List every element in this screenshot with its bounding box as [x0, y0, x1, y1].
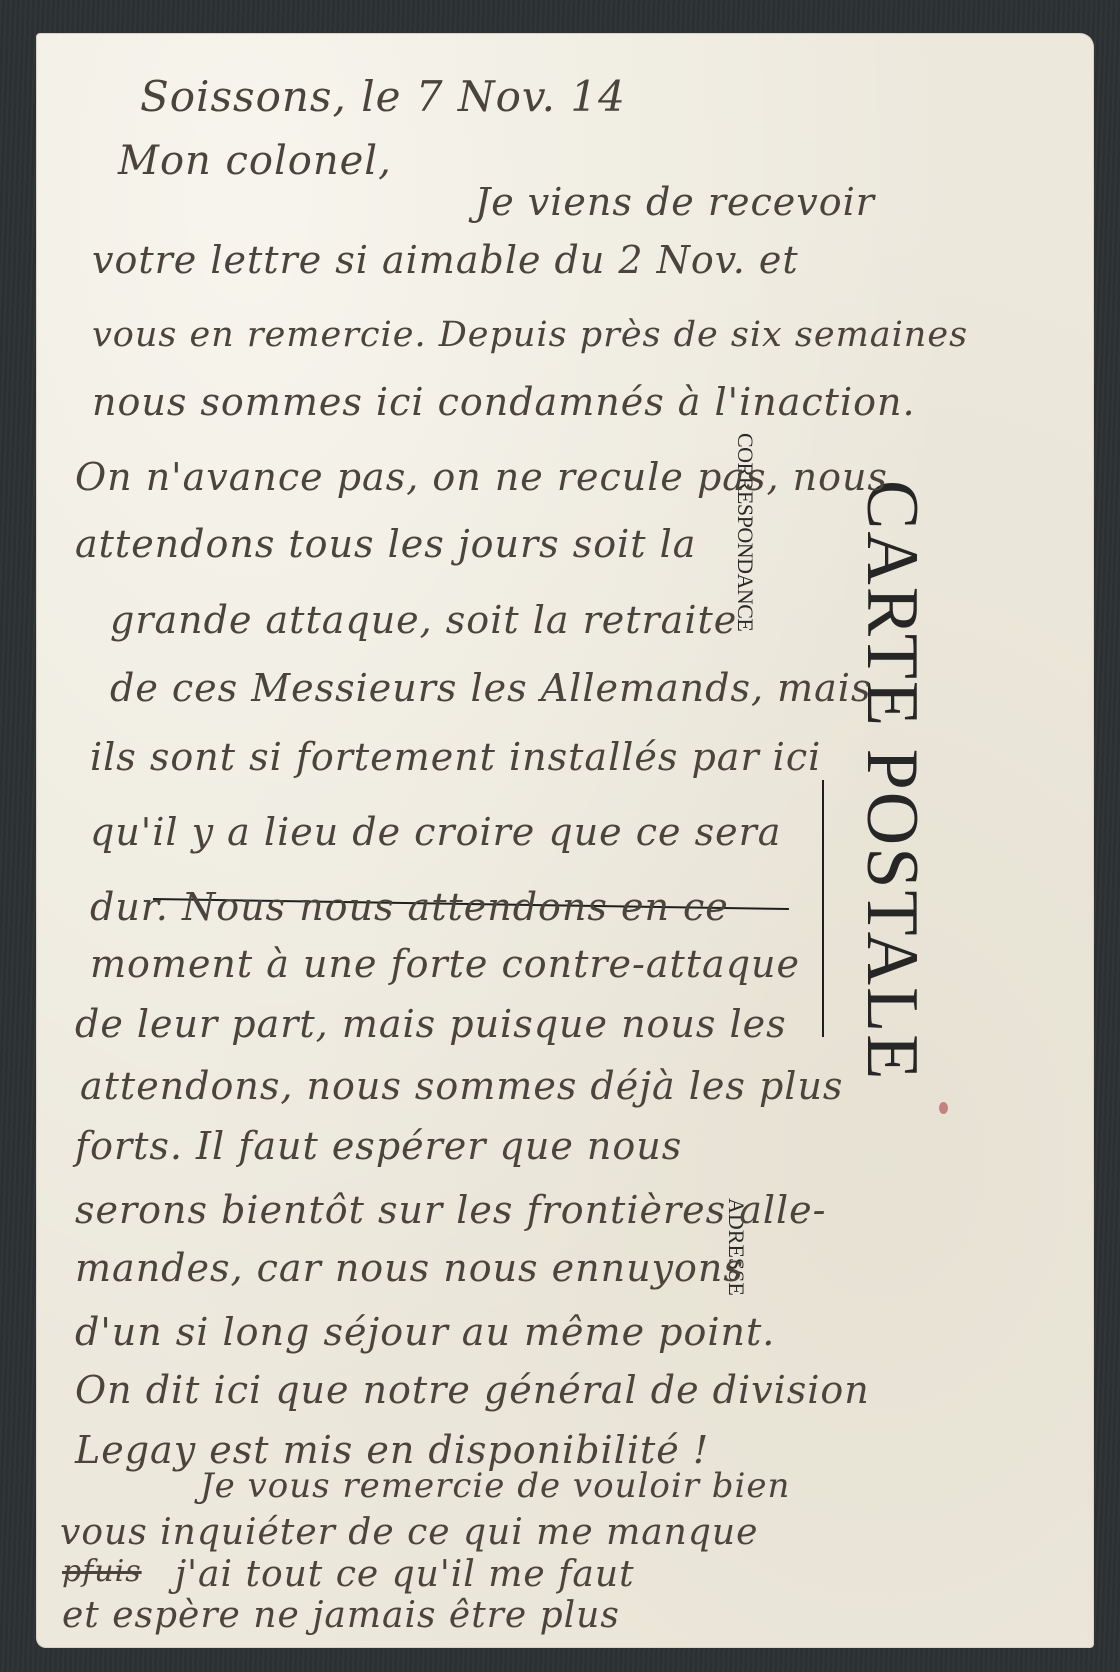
red-ink-spot [939, 1102, 948, 1114]
handwritten-line: On dit ici que notre général de division [75, 1368, 870, 1412]
handwritten-line: dur. Nous nous attendons en ce [90, 885, 729, 929]
printed-title-carte-postale: CARTE POSTALE [849, 480, 934, 1082]
handwritten-line: mandes, car nous nous ennuyons [75, 1246, 744, 1290]
handwritten-line: qu'il y a lieu de croire que ce sera [90, 810, 781, 854]
handwritten-line: Je vous remercie de vouloir bien [200, 1466, 790, 1506]
handwritten-line: On n'avance pas, on ne recule pas, nous [75, 455, 888, 499]
handwritten-line: d'un si long séjour au même point. [75, 1310, 775, 1354]
handwritten-line: et espère ne jamais être plus [62, 1595, 620, 1636]
handwritten-line: attendons tous les jours soit la [75, 522, 696, 566]
handwritten-line: attendons, nous sommes déjà les plus [80, 1064, 843, 1108]
vertical-divider-line [822, 780, 824, 1037]
handwritten-line: votre lettre si aimable du 2 Nov. et [92, 238, 799, 282]
handwritten-line: serons bientôt sur les frontières alle- [75, 1188, 826, 1232]
handwritten-line: nous sommes ici condamnés à l'inaction. [92, 380, 916, 424]
handwritten-line: vous inquiéter de ce qui me manque [60, 1512, 758, 1553]
handwritten-line: moment à une forte contre-attaque [90, 942, 800, 986]
handwritten-line: ils sont si fortement installés par ici [90, 735, 821, 779]
handwritten-line: j'ai tout ce qu'il me faut [175, 1554, 635, 1595]
handwritten-place-date: Soissons, le 7 Nov. 14 [140, 72, 626, 121]
handwritten-line: de ces Messieurs les Allemands, mais [110, 666, 871, 710]
handwritten-salutation: Mon colonel, [118, 138, 392, 184]
handwritten-line: grande attaque, soit la retraite [110, 598, 737, 642]
handwritten-line: Je viens de recevoir [475, 180, 875, 224]
handwritten-struck-word: pfuis [62, 1554, 142, 1589]
handwritten-line: de leur part, mais puisque nous les [75, 1002, 787, 1046]
handwritten-line: forts. Il faut espérer que nous [75, 1124, 682, 1168]
handwritten-line: vous en remercie. Depuis près de six sem… [92, 315, 968, 355]
